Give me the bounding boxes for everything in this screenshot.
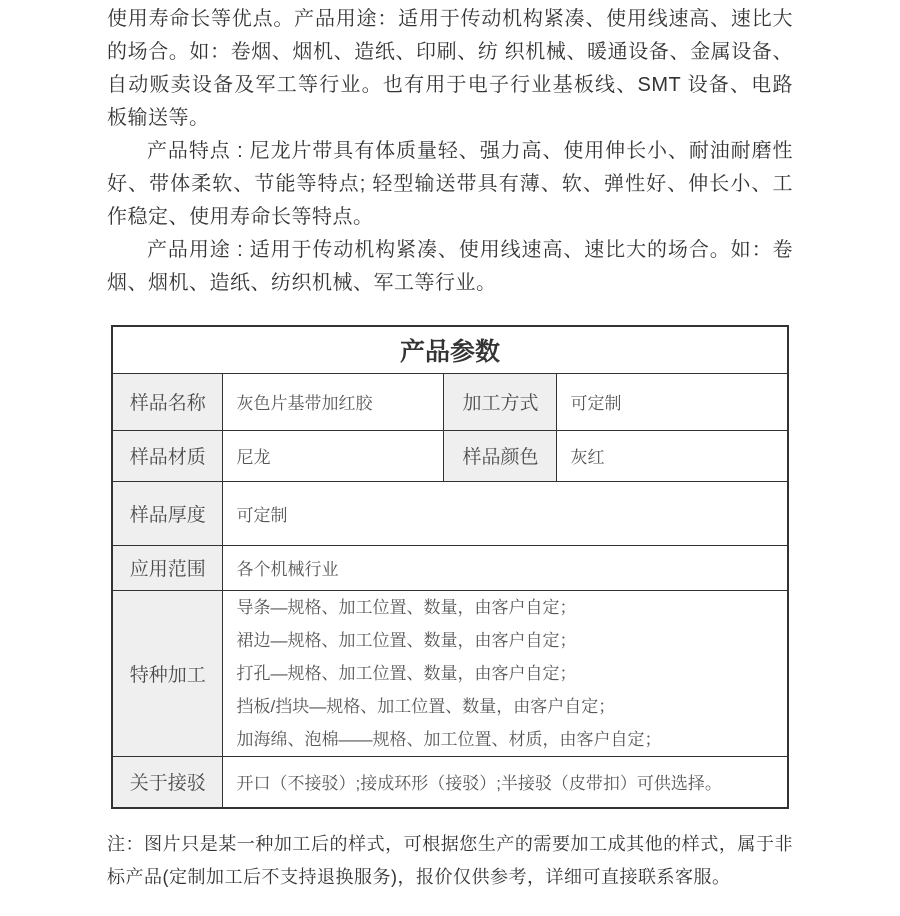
sample-name-value: 灰色片基带加红胶	[223, 373, 444, 430]
application-scope-label: 应用范围	[112, 545, 223, 590]
paragraph-product-applications: 产品用途 : 适用于传动机构紧凑、使用线速高、速比大的场合。如：卷烟、烟机、造纸…	[107, 234, 793, 300]
processing-method-label: 加工方式	[444, 373, 557, 430]
special-processing-value: 导条—规格、加工位置、数量，由客户自定； 裙边—规格、加工位置、数量，由客户自定…	[223, 590, 788, 756]
table-title: 产品参数	[112, 326, 788, 373]
bottom-note: 注：图片只是某一种加工后的样式，可根据您生产的需要加工成其他的样式，属于非标产品…	[107, 828, 793, 894]
paragraph-product-features: 产品特点 : 尼龙片带具有体质量轻、强力高、使用伸长小、耐油耐磨性好、带体柔软、…	[107, 135, 793, 234]
table-row: 应用范围 各个机械行业	[112, 545, 788, 590]
special-processing-line: 裙边—规格、加工位置、数量，由客户自定；	[236, 624, 774, 657]
special-processing-line: 打孔—规格、加工位置、数量，由客户自定；	[236, 657, 774, 690]
table-title-row: 产品参数	[112, 326, 788, 373]
sample-thickness-value: 可定制	[223, 481, 788, 545]
table-row: 样品厚度 可定制	[112, 481, 788, 545]
application-scope-value: 各个机械行业	[223, 545, 788, 590]
product-parameters-table: 产品参数 样品名称 灰色片基带加红胶 加工方式 可定制 样品材质 尼龙 样品颜色…	[111, 325, 789, 809]
table-row: 特种加工 导条—规格、加工位置、数量，由客户自定； 裙边—规格、加工位置、数量，…	[112, 590, 788, 756]
sample-name-label: 样品名称	[112, 373, 223, 430]
splicing-value: 开口（不接驳）;接成环形（接驳）;半接驳（皮带扣）可供选择。	[223, 756, 788, 808]
special-processing-line: 导条—规格、加工位置、数量，由客户自定；	[236, 591, 774, 624]
sample-thickness-label: 样品厚度	[112, 481, 223, 545]
sample-color-label: 样品颜色	[444, 430, 557, 481]
sample-color-value: 灰红	[557, 430, 788, 481]
table-row: 样品名称 灰色片基带加红胶 加工方式 可定制	[112, 373, 788, 430]
sample-material-value: 尼龙	[223, 430, 444, 481]
table-row: 关于接驳 开口（不接驳）;接成环形（接驳）;半接驳（皮带扣）可供选择。	[112, 756, 788, 808]
product-description-content: 使用寿命长等优点。产品用途：适用于传动机构紧凑、使用线速高、速比大的场合。如：卷…	[107, 0, 793, 894]
special-processing-line: 挡板/挡块—规格、加工位置、数量，由客户自定；	[236, 690, 774, 723]
splicing-label: 关于接驳	[112, 756, 223, 808]
table-row: 样品材质 尼龙 样品颜色 灰红	[112, 430, 788, 481]
processing-method-value: 可定制	[557, 373, 788, 430]
paragraph-product-usage: 使用寿命长等优点。产品用途：适用于传动机构紧凑、使用线速高、速比大的场合。如：卷…	[107, 3, 793, 135]
special-processing-label: 特种加工	[112, 590, 223, 756]
product-description-page: 使用寿命长等优点。产品用途：适用于传动机构紧凑、使用线速高、速比大的场合。如：卷…	[0, 0, 900, 916]
sample-material-label: 样品材质	[112, 430, 223, 481]
special-processing-line: 加海绵、泡棉——规格、加工位置、材质，由客户自定；	[236, 723, 774, 756]
